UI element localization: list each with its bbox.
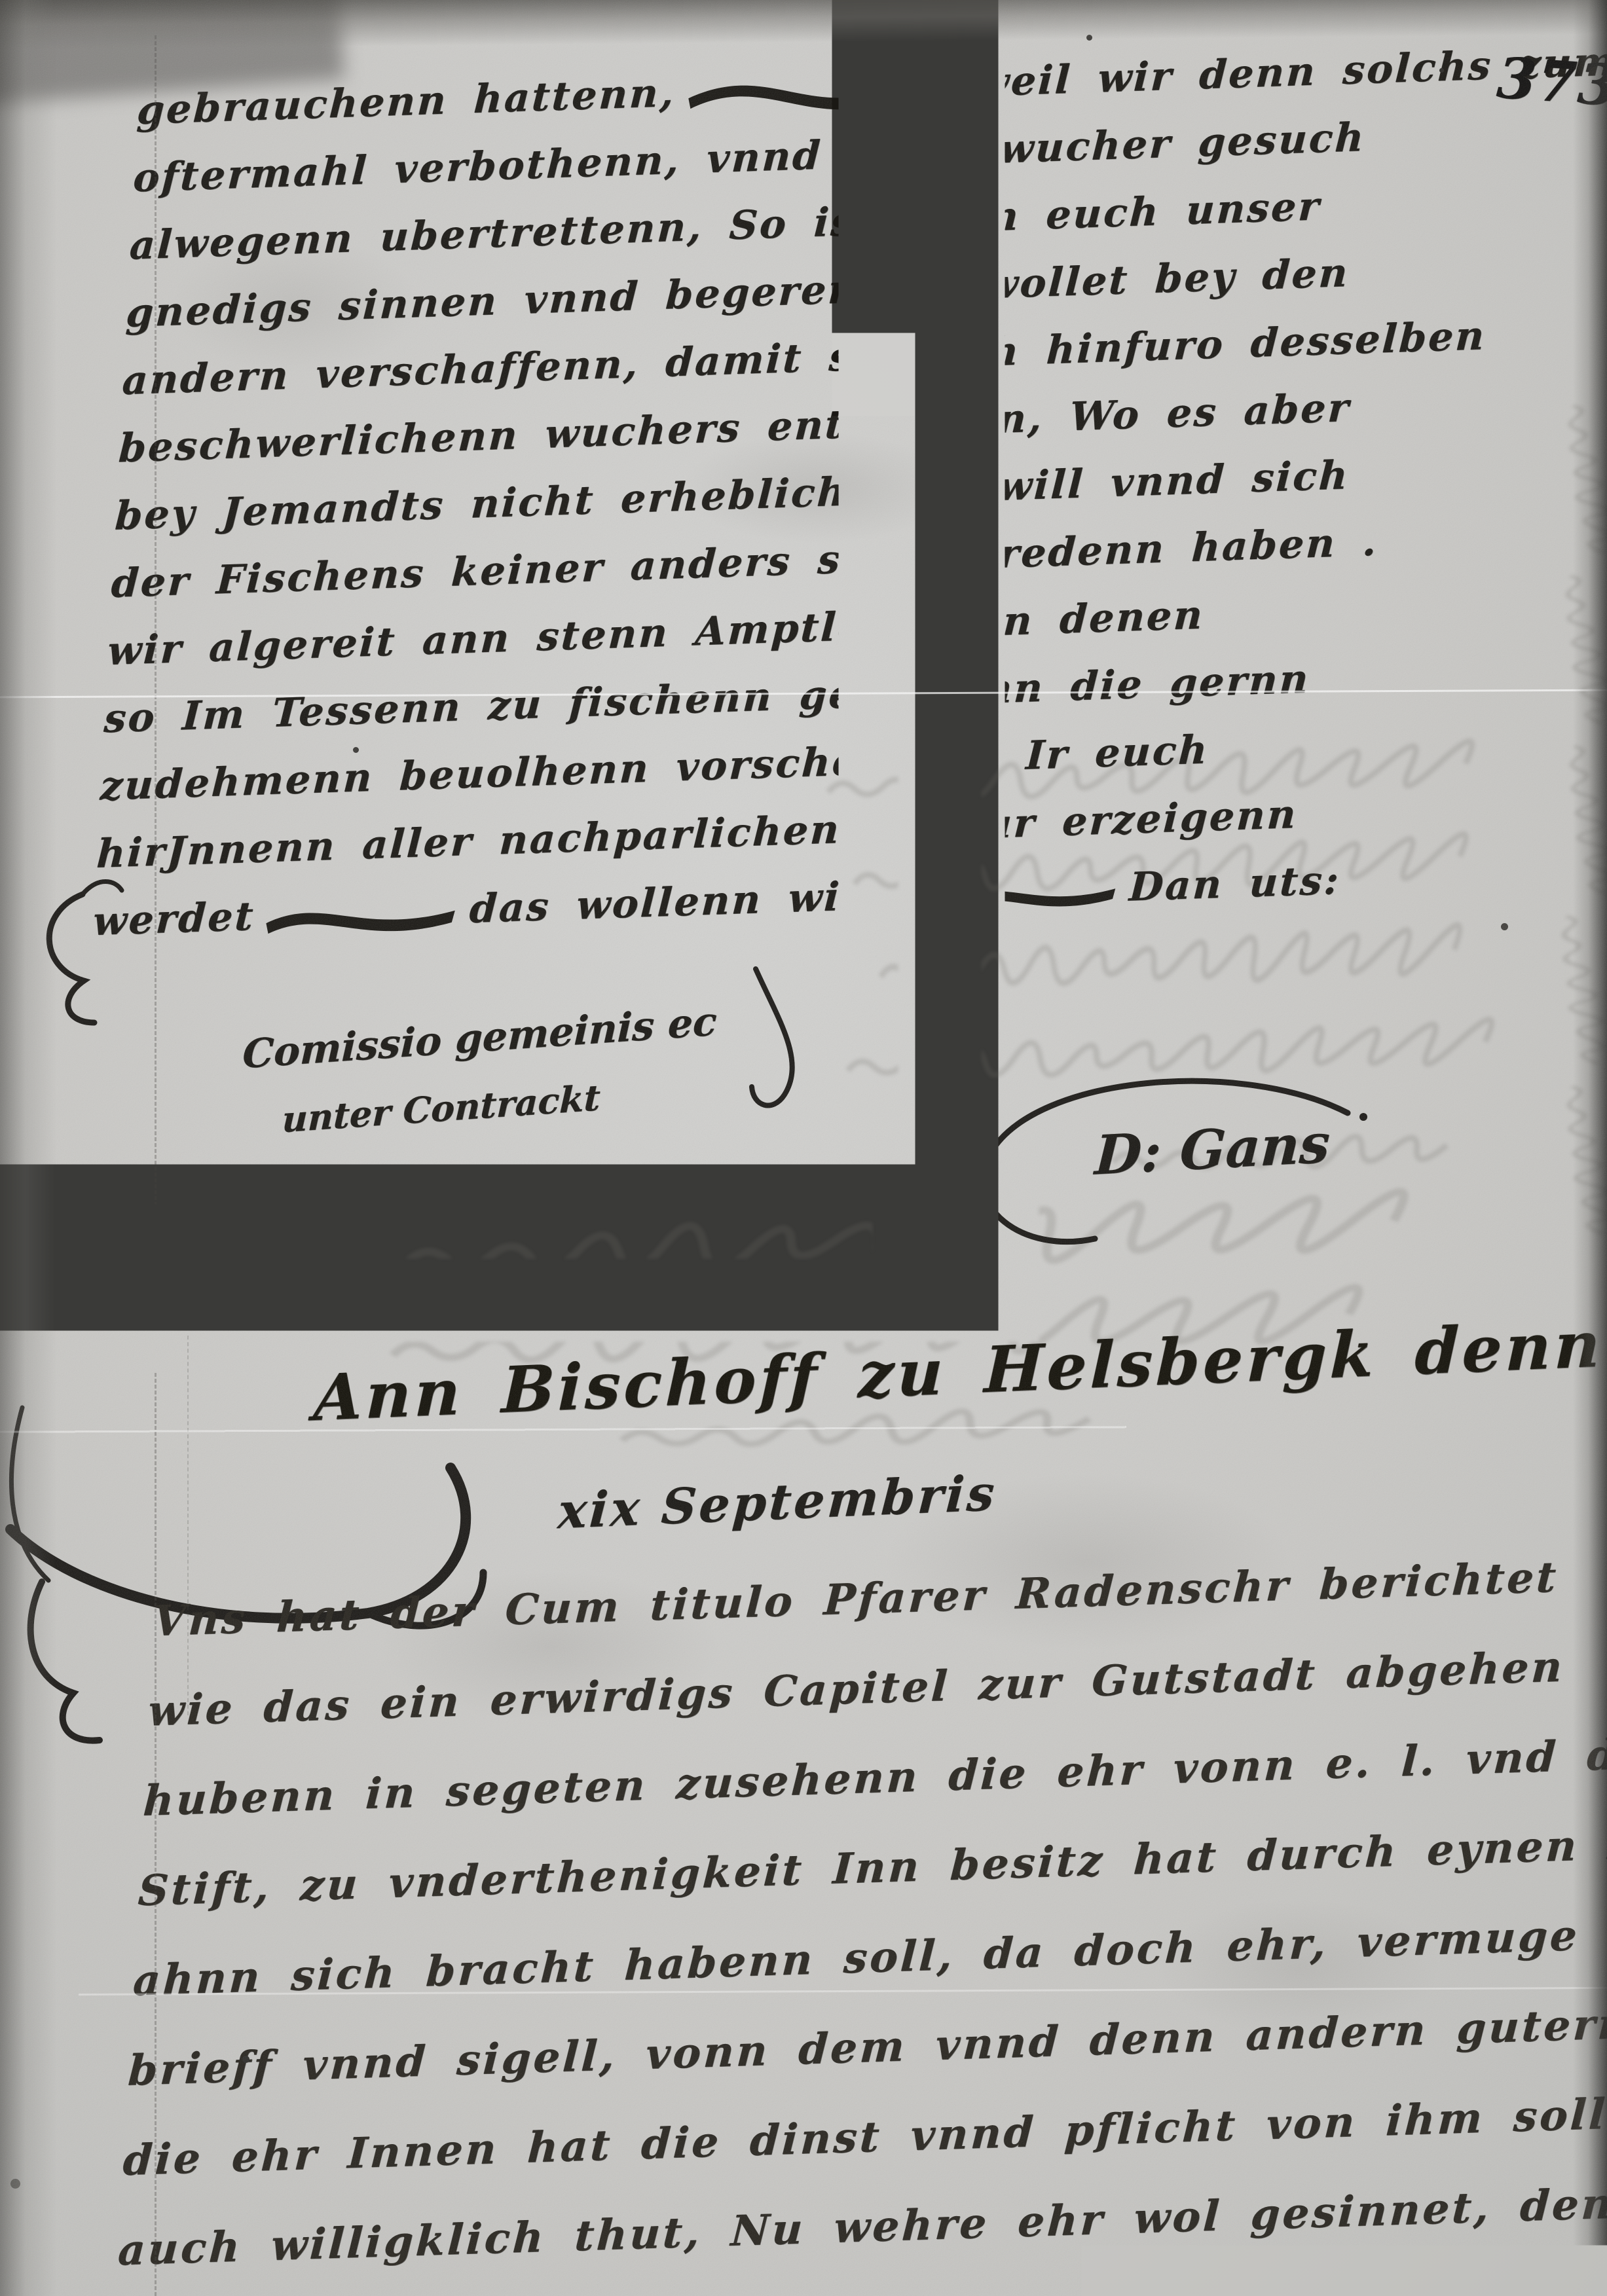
page-edge-shadow [1573,0,1607,2296]
margin-rule [187,1336,189,1715]
text-line-part: werdet [91,883,257,956]
letter1-body: gebrauchenn hattenn, weil wir denn solch… [91,30,1553,956]
calligraphic-swash-icon [263,884,462,943]
text-line-part: Dan uts: [1128,847,1342,922]
calligraphic-swash-icon [948,862,1121,920]
margin-rule [155,35,157,2296]
calligraphic-swash-icon [683,50,968,125]
letter2-body: Vns hat der Cum titulo Pfarer Radenschr … [116,1531,1589,2295]
ink-specks [1439,68,1444,73]
page-edge-shadow [0,0,56,2296]
manuscript-page: gebrauchenn hattenn, weil wir denn solch… [0,0,1607,2296]
signature: D: Gans [1094,1112,1331,1187]
